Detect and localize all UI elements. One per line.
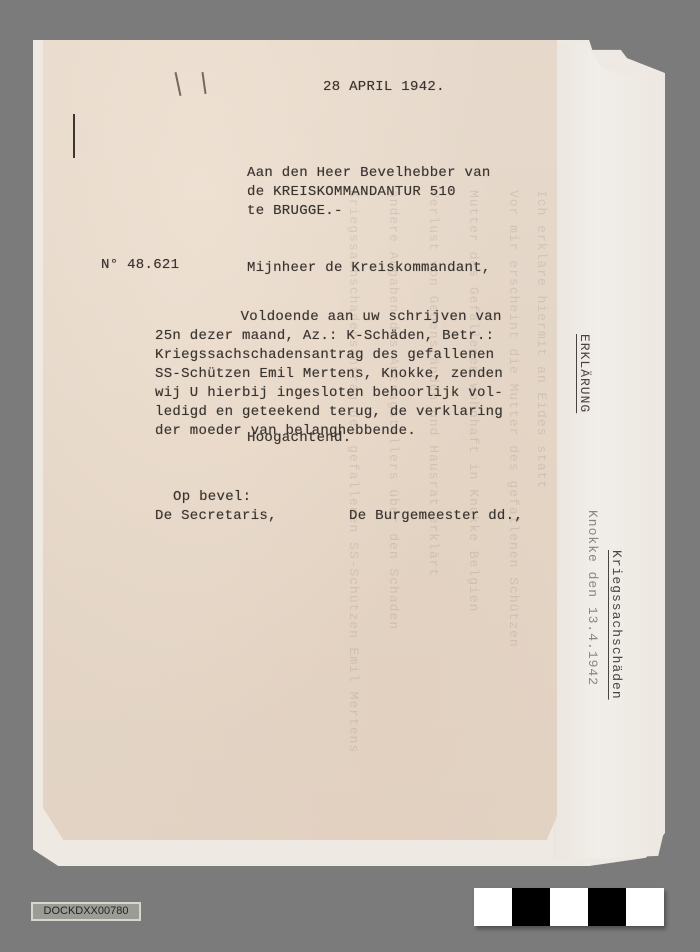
show-through-text: Kriegssachschadensantrag des gefallenen … — [343, 190, 363, 790]
crease-mark — [175, 72, 182, 96]
show-through-text: Vor mir erscheint die Mutter des gefalle… — [503, 190, 523, 790]
body-line-2: 25n dezer maand, Az.: K-Schäden, Betr.: — [155, 327, 494, 346]
reference-number: N° 48.621 — [101, 256, 179, 275]
scale-swatch — [474, 888, 512, 926]
show-through-text: Verlust von Gegenständen und Hausrat erk… — [423, 190, 443, 790]
salutation: Mijnheer de Kreiskommandant, — [247, 259, 491, 278]
addressee-line-1: Aan den Heer Bevelhebber van — [247, 164, 491, 183]
letter-sheet: Kriegssachschadensantrag des gefallenen … — [43, 40, 557, 840]
scale-swatch — [588, 888, 626, 926]
scale-swatch — [512, 888, 550, 926]
signature-right: De Burgemeester dd., — [349, 507, 523, 526]
attached-sheet: ERKLÄRUNG Kriegssachschäden Knokke den 1… — [553, 44, 665, 860]
body-line-6: ledigd en geteekend terug, de verklaring — [155, 403, 503, 422]
body-line-5: wij U hierbij ingesloten behoorlijk vol- — [155, 384, 503, 403]
body-line-1: Voldoende aan uw schrijven van — [171, 308, 502, 327]
addressee-line-2: de KREISKOMMANDANTUR 510 — [247, 183, 456, 202]
body-line-3: Kriegssachschadensantrag des gefallenen — [155, 346, 494, 365]
attached-place-date: Knokke den 13.4.1942 — [585, 510, 600, 686]
archive-id-label: DOCKDXX00780 — [31, 902, 141, 921]
punch-mark — [73, 114, 75, 158]
grayscale-calibration-bar — [474, 888, 664, 926]
show-through-text: Ich erkläre hiermit an Eides statt — [531, 190, 551, 790]
attached-title: ERKLÄRUNG — [577, 334, 592, 413]
show-through-text: Mutter des Gefallenen wohnhaft in Knokke… — [463, 190, 483, 790]
signature-left-line-2: De Secretaris, — [155, 507, 277, 526]
show-through-text: andere Angaben des Antragstellers über d… — [383, 190, 403, 790]
letter-date: 28 APRIL 1942. — [323, 78, 445, 97]
attached-subject: Kriegssachschäden — [609, 550, 624, 700]
signature-left-line-1: Op bevel: — [173, 488, 251, 507]
closing: Hoogachtend. — [247, 429, 351, 448]
crease-mark — [201, 72, 206, 94]
addressee-line-3: te BRUGGE.- — [247, 202, 343, 221]
scale-swatch — [550, 888, 588, 926]
scale-swatch — [626, 888, 664, 926]
body-line-4: SS-Schützen Emil Mertens, Knokke, zenden — [155, 365, 503, 384]
